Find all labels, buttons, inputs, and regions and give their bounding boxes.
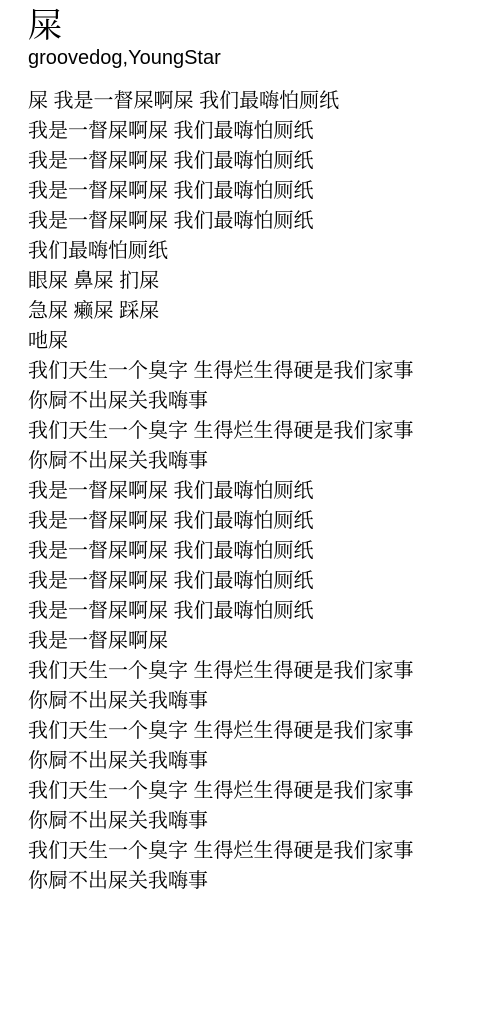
lyrics-page: 屎 groovedog,YoungStar 屎 我是一督屎啊屎 我们最嗨怕厕纸 … bbox=[0, 0, 500, 1030]
lyric-line: 我们天生一个臭字 生得烂生得硬是我们家事 bbox=[28, 716, 480, 746]
lyric-line: 急屎 癞屎 踩屎 bbox=[28, 296, 480, 326]
lyric-line: 我是一督屎啊屎 我们最嗨怕厕纸 bbox=[28, 476, 480, 506]
lyric-line: 我们天生一个臭字 生得烂生得硬是我们家事 bbox=[28, 836, 480, 866]
artist-name: groovedog,YoungStar bbox=[28, 46, 480, 70]
lyric-line: 我是一督屎啊屎 我们最嗨怕厕纸 bbox=[28, 536, 480, 566]
song-title: 屎 bbox=[28, 6, 480, 46]
lyrics-section: 屎 我是一督屎啊屎 我们最嗨怕厕纸 我是一督屎啊屎 我们最嗨怕厕纸 我是一督屎啊… bbox=[28, 86, 480, 896]
lyric-line: 我是一督屎啊屎 我们最嗨怕厕纸 bbox=[28, 506, 480, 536]
lyric-line: 吔屎 bbox=[28, 326, 480, 356]
lyric-line: 你屙不出屎关我嗨事 bbox=[28, 446, 480, 476]
lyric-line: 我们天生一个臭字 生得烂生得硬是我们家事 bbox=[28, 356, 480, 386]
lyric-line: 我们天生一个臭字 生得烂生得硬是我们家事 bbox=[28, 656, 480, 686]
lyric-line: 我是一督屎啊屎 bbox=[28, 626, 480, 656]
lyric-line: 我们天生一个臭字 生得烂生得硬是我们家事 bbox=[28, 416, 480, 446]
lyric-line: 我是一督屎啊屎 我们最嗨怕厕纸 bbox=[28, 116, 480, 146]
lyric-line: 你屙不出屎关我嗨事 bbox=[28, 386, 480, 416]
lyric-line: 眼屎 鼻屎 扪屎 bbox=[28, 266, 480, 296]
lyric-line: 我们天生一个臭字 生得烂生得硬是我们家事 bbox=[28, 776, 480, 806]
lyric-line: 你屙不出屎关我嗨事 bbox=[28, 806, 480, 836]
lyric-line: 我们最嗨怕厕纸 bbox=[28, 236, 480, 266]
lyric-line: 你屙不出屎关我嗨事 bbox=[28, 686, 480, 716]
lyric-line: 我是一督屎啊屎 我们最嗨怕厕纸 bbox=[28, 206, 480, 236]
lyric-line: 你屙不出屎关我嗨事 bbox=[28, 866, 480, 896]
lyric-line: 我是一督屎啊屎 我们最嗨怕厕纸 bbox=[28, 596, 480, 626]
lyric-line: 屎 我是一督屎啊屎 我们最嗨怕厕纸 bbox=[28, 86, 480, 116]
lyric-line: 我是一督屎啊屎 我们最嗨怕厕纸 bbox=[28, 146, 480, 176]
lyric-line: 你屙不出屎关我嗨事 bbox=[28, 746, 480, 776]
lyric-line: 我是一督屎啊屎 我们最嗨怕厕纸 bbox=[28, 566, 480, 596]
lyric-line: 我是一督屎啊屎 我们最嗨怕厕纸 bbox=[28, 176, 480, 206]
